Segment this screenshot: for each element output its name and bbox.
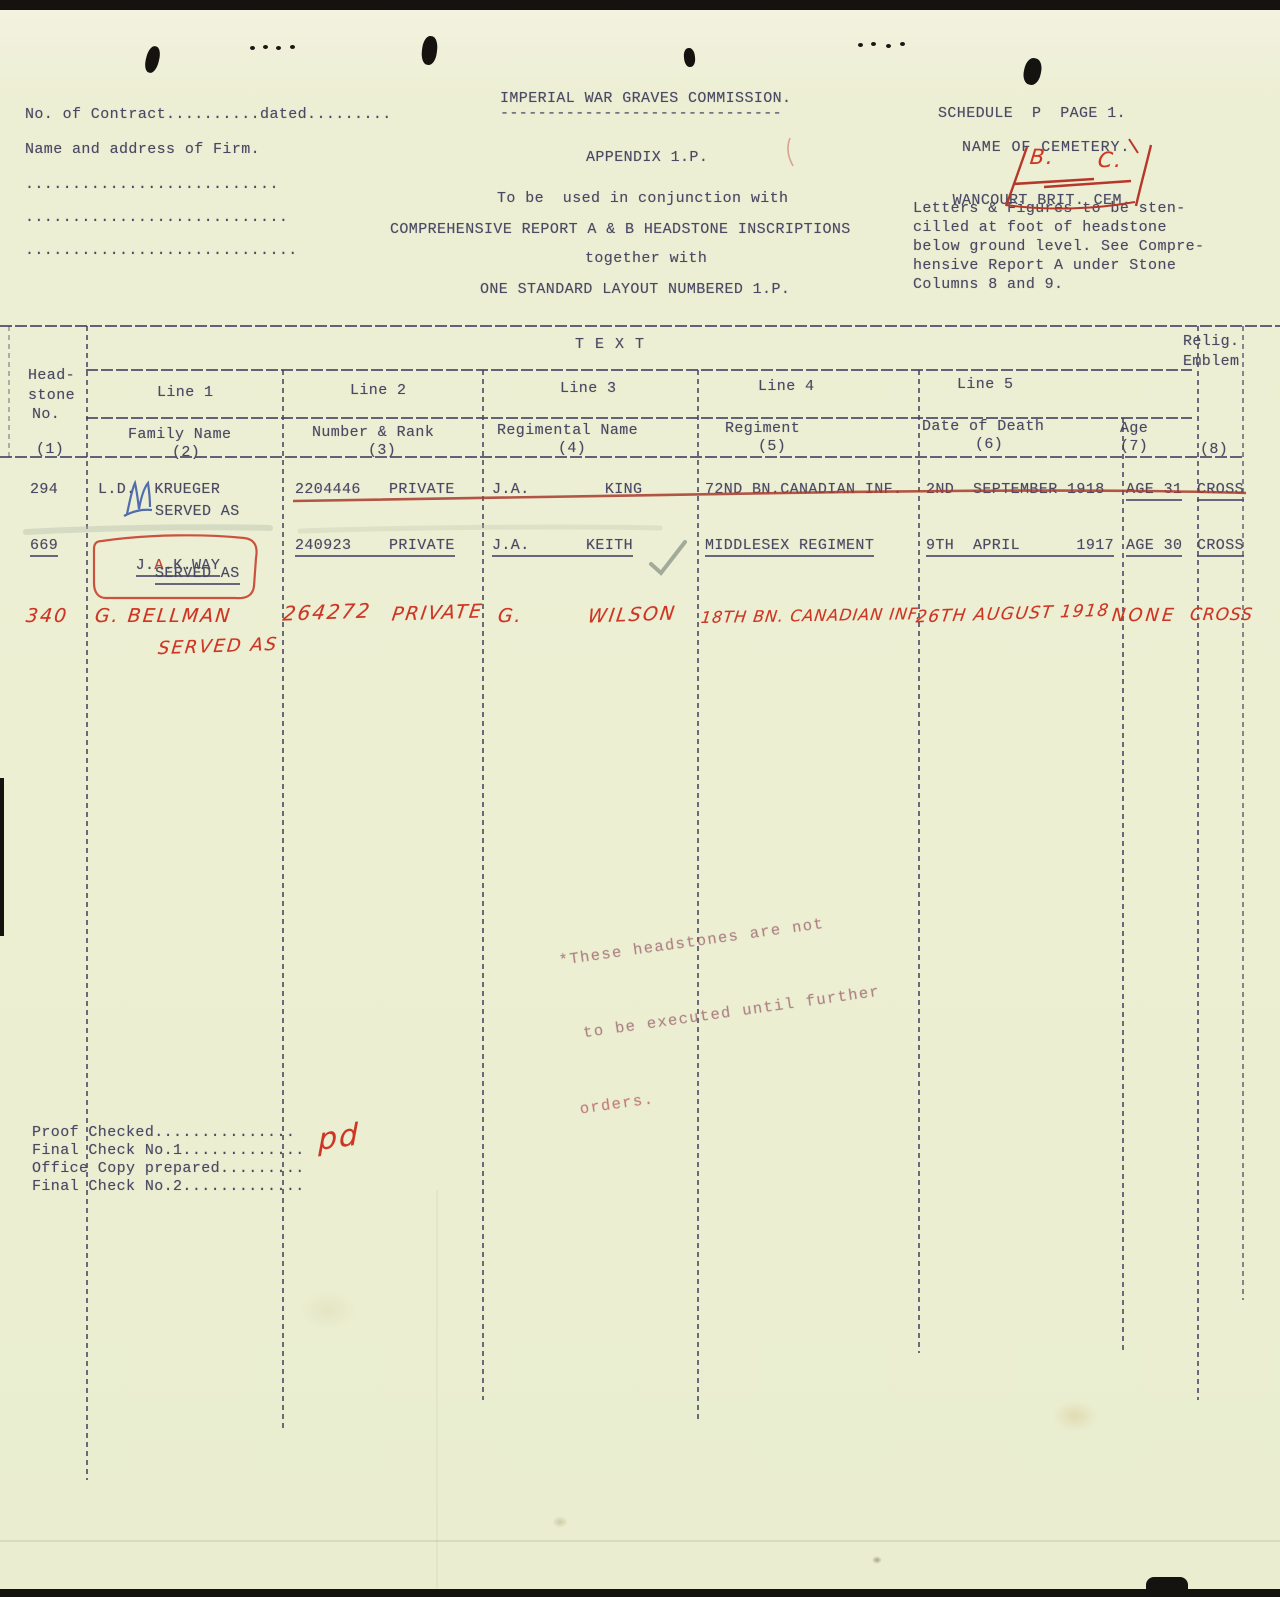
regiment-header: Regiment — [725, 420, 800, 438]
row-340-emblem: CROSS — [1189, 605, 1254, 625]
row-669-age-text: AGE 30 — [1126, 537, 1182, 557]
row-294-regiment: 72ND BN.CANADIAN INF. — [705, 481, 902, 499]
red-bracket-right — [1136, 145, 1151, 206]
relig-emblem-header-2: Emblem — [1183, 353, 1239, 371]
row-669-regname-text: J.A. KEITH — [492, 537, 633, 557]
row-294-number-rank: 2204446 PRIVATE — [295, 481, 455, 499]
row-340-reg-initial: G. — [497, 605, 524, 627]
table-col-line1-2 — [282, 370, 284, 1430]
headstone-header-2: stone — [28, 387, 75, 405]
row-669-death-text: 9TH APRIL 1917 — [926, 537, 1114, 557]
paper-stain — [1052, 1400, 1098, 1432]
cemetery-correction-c: C. — [1097, 148, 1125, 172]
table-col-date-age — [1122, 418, 1124, 1350]
punch-hole-4 — [1021, 57, 1043, 87]
stitch-dot — [290, 45, 295, 49]
row-294-emblem: CROSS — [1197, 481, 1244, 499]
scan-edge-left-strip — [0, 778, 4, 936]
scan-edge-bottom — [0, 1589, 1280, 1597]
row-294-headstone-no: 294 — [30, 481, 58, 499]
paper-stain — [552, 1516, 568, 1528]
usage-line-1: To be used in conjunction with — [497, 190, 788, 208]
row-669-regiment-text: MIDDLESEX REGIMENT — [705, 537, 874, 557]
usage-line-2: COMPREHENSIVE REPORT A & B HEADSTONE INS… — [390, 221, 851, 239]
stamp-line: *These headstones are not — [557, 905, 877, 974]
number-rank-header: Number & Rank — [312, 424, 434, 442]
paper-stain — [300, 1290, 356, 1330]
col-number-4: (4) — [558, 440, 586, 458]
row-669-number-rank: 240923 PRIVATE — [295, 537, 455, 555]
row-294-date-of-death: 2ND SEPTEMBER 1918 — [926, 481, 1105, 499]
row-340-regiment: 18TH BN. CANADIAN INF. — [700, 604, 924, 627]
punch-hole-3 — [683, 47, 696, 67]
cemetery-correction-b: B. — [1029, 145, 1057, 169]
office-copy-line: Office Copy prepared......... — [32, 1160, 305, 1178]
rubber-stamp-note: *These headstones are not to be executed… — [550, 855, 905, 1172]
line-2-header: Line 2 — [350, 382, 406, 400]
age-header: Age — [1120, 420, 1148, 438]
row-669-date-of-death: 9TH APRIL 1917 — [926, 537, 1114, 555]
appendix-title: APPENDIX 1.P. — [586, 149, 708, 167]
headstone-header-3: No. — [32, 406, 60, 424]
firm-dotted-line: ........................... — [25, 176, 279, 194]
stencil-note-line: below ground level. See Compre- — [913, 238, 1204, 256]
relig-emblem-header-1: Relig. — [1183, 333, 1239, 351]
line-1-header: Line 1 — [157, 384, 213, 402]
row-669-regiment: MIDDLESEX REGIMENT — [705, 537, 874, 555]
row-340-reg-surname: WILSON — [586, 602, 677, 627]
regimental-name-header: Regimental Name — [497, 422, 638, 440]
table-col-line4-5 — [918, 370, 920, 1353]
row-294-family-name: L.D. KRUEGER — [98, 481, 220, 499]
stitch-dot — [886, 44, 891, 48]
row-669-emblem-text: CROSS — [1197, 537, 1244, 557]
org-title-rule: ------------------------------ — [500, 105, 782, 123]
row-669-emblem: CROSS — [1197, 537, 1244, 555]
proof-checked-line: Proof Checked............... — [32, 1124, 295, 1142]
schedule-page-label: SCHEDULE P PAGE 1. — [938, 105, 1126, 123]
table-rule-top — [0, 325, 1280, 327]
firm-dotted-line: ............................ — [25, 209, 288, 227]
usage-line-3: together with — [585, 250, 707, 268]
line-4-header: Line 4 — [758, 378, 814, 396]
stitch-dot — [276, 46, 281, 50]
paper-crease-vertical — [436, 1190, 438, 1590]
family-name-header: Family Name — [128, 426, 231, 444]
headstone-header-1: Head- — [28, 367, 75, 385]
punch-hole-1 — [143, 45, 162, 74]
name-part: J. — [136, 557, 155, 574]
paper-crease-horizontal — [0, 1540, 1280, 1542]
firm-line: Name and address of Firm. — [25, 141, 260, 159]
punch-hole-2 — [420, 35, 438, 66]
final-check-2-line: Final Check No.2............. — [32, 1178, 305, 1196]
row-294-served-as: SERVED AS — [155, 503, 240, 521]
final-check-1-line: Final Check No.1............. — [32, 1142, 305, 1160]
row-669-served-as: SERVED AS — [155, 565, 240, 583]
row-669-no-text: 669 — [30, 537, 58, 557]
stamp-line: orders. — [578, 1053, 898, 1122]
stitch-dot — [900, 42, 905, 46]
stencil-note-line: cilled at foot of headstone — [913, 219, 1167, 237]
pencil-smudge — [26, 527, 270, 532]
row-340-headstone-no: 340 — [25, 605, 70, 627]
row-340-served-as: SERVED AS — [157, 634, 279, 659]
line-3-header: Line 3 — [560, 380, 616, 398]
row-340-age: NONE — [1111, 605, 1178, 626]
stamp-line: to be executed until further — [568, 979, 888, 1048]
row-669-headstone-no: 669 — [30, 537, 58, 555]
table-text-header: T E X T — [575, 336, 645, 354]
table-col-headstone — [86, 326, 88, 1480]
row-340-family-name: G. BELLMAN — [94, 605, 233, 627]
row-340-number: 264272 — [281, 598, 373, 625]
col-number-2: (2) — [172, 444, 200, 462]
row-294-emblem-text: CROSS — [1197, 481, 1244, 501]
table-col-right-edge — [1242, 326, 1244, 1300]
col-number-6: (6) — [975, 436, 1003, 454]
row-669-regimental-name: J.A. KEITH — [492, 537, 633, 555]
col-number-7: (7) — [1120, 438, 1148, 456]
stencil-note-line: hensive Report A under Stone — [913, 257, 1176, 275]
row-340-date-of-death: 26TH AUGUST 1918 — [915, 601, 1111, 628]
col-number-8: (8) — [1200, 441, 1228, 459]
stitch-dot — [871, 42, 876, 46]
row-669-served-as-text: SERVED AS — [155, 565, 240, 585]
stencil-note-line: Columns 8 and 9. — [913, 276, 1063, 294]
red-initials: pd — [318, 1117, 360, 1158]
paper-stain — [872, 1556, 882, 1564]
col-number-3: (3) — [368, 442, 396, 460]
date-of-death-header: Date of Death — [922, 418, 1044, 436]
scan-edge-top — [0, 0, 1280, 10]
stitch-dot — [858, 43, 863, 47]
pencil-smudge — [300, 527, 660, 531]
row-294-age-text: AGE 31 — [1126, 481, 1182, 501]
row-294-regimental-name: J.A. KING — [492, 481, 642, 499]
red-squiggle-top-center — [788, 138, 793, 166]
row-669-age: AGE 30 — [1126, 537, 1182, 555]
row-669-number-text: 240923 PRIVATE — [295, 537, 455, 557]
table-col-line2-3 — [482, 370, 484, 1400]
table-col-left-edge — [8, 326, 10, 460]
row-340-rank: PRIVATE — [390, 600, 484, 625]
col-number-1: (1) — [36, 441, 64, 459]
stitch-dot — [263, 45, 268, 49]
scan-edge-bottom-notch — [1146, 1577, 1188, 1597]
line-5-header: Line 5 — [957, 376, 1013, 394]
firm-dotted-line: ............................. — [25, 242, 298, 260]
row-294-age: AGE 31 — [1126, 481, 1182, 499]
usage-line-4: ONE STANDARD LAYOUT NUMBERED 1.P. — [480, 281, 790, 299]
contract-line: No. of Contract..........dated......... — [25, 106, 392, 124]
stencil-note-line: Letters & Figures to be sten- — [913, 200, 1186, 218]
stitch-dot — [250, 46, 255, 50]
table-rule-under-text — [86, 369, 1192, 371]
document-page: No. of Contract..........dated......... … — [0, 0, 1280, 1597]
pencil-checkmark — [651, 542, 685, 573]
col-number-5: (5) — [758, 438, 786, 456]
red-tick-after-cemetery — [1129, 139, 1138, 153]
